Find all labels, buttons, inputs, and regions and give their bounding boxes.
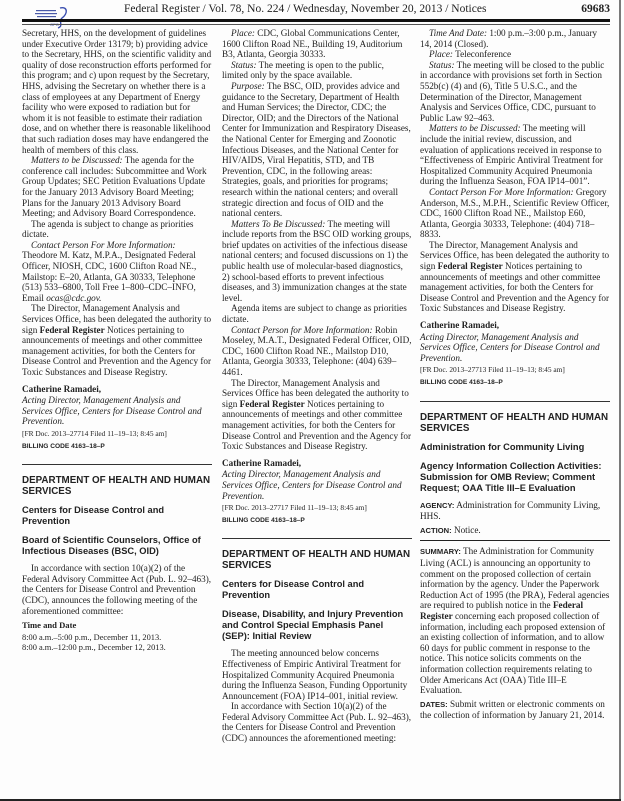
contact-paragraph: Contact Person for More Information: Rob…	[222, 325, 412, 378]
time-date-line-2: 8:00 a.m.–12:00 p.m., December 12, 2013.	[22, 643, 212, 653]
delegation-paragraph: The Director, Management Analysis and Se…	[420, 240, 610, 314]
subject-heading: Disease, Disability, and Injury Preventi…	[222, 609, 412, 642]
matters-paragraph: Matters To Be Discussed: The meeting wil…	[222, 219, 412, 304]
signer-title: Acting Director, Management Analysis and…	[420, 332, 610, 364]
signer-title: Acting Director, Management Analysis and…	[222, 469, 412, 501]
time-date-line-1: 8:00 a.m.–5:00 p.m., December 11, 2013.	[22, 633, 212, 643]
billing-code: BILLING CODE 4163–18–P	[222, 516, 412, 527]
page-header: Federal Register / Vol. 78, No. 224 / We…	[96, 3, 610, 17]
subject-heading: Board of Scientific Counselors, Office o…	[22, 535, 212, 557]
page-number: 69683	[581, 3, 610, 15]
department-heading: DEPARTMENT OF HEALTH AND HUMAN SERVICES	[222, 549, 412, 571]
signer-title: Acting Director, Management Analysis and…	[22, 395, 212, 427]
signer-name: Catherine Ramadei,	[222, 458, 412, 469]
column-3: Time And Date: 1:00 p.m.–3:00 p.m., Janu…	[420, 28, 610, 721]
time-date-paragraph: Time And Date: 1:00 p.m.–3:00 p.m., Janu…	[420, 28, 610, 49]
contact-paragraph: Contact Person For More Information: Gre…	[420, 187, 610, 240]
agency-line: AGENCY: Administration for Community Liv…	[420, 500, 610, 522]
status-paragraph: Status: The meeting will be closed to th…	[420, 60, 610, 124]
contact-paragraph: Contact Person For More Information: The…	[22, 240, 212, 304]
matters-paragraph: Matters to be Discussed: The agenda for …	[22, 155, 212, 219]
agenda-note: Agenda items are subject to change as pr…	[222, 303, 412, 324]
agency-heading: Centers for Disease Control and Preventi…	[222, 579, 412, 601]
fr-doc-number: [FR Doc. 2013–27717 Filed 11–19–13; 8:45…	[222, 503, 412, 514]
purpose-paragraph: Purpose: The BSC, OID, provides advice a…	[222, 81, 412, 219]
action-line: ACTION: Notice.	[420, 525, 610, 537]
delegation-paragraph: The Director, Management Analysis and Se…	[22, 303, 212, 377]
department-heading: DEPARTMENT OF HEALTH AND HUMAN SERVICES	[22, 475, 212, 497]
billing-code: BILLING CODE 4163–18–P	[22, 442, 212, 453]
column-1: Secretary, HHS, on the development of gu…	[22, 28, 212, 653]
summary-paragraph: SUMMARY: The Administration for Communit…	[420, 546, 610, 695]
delegation-paragraph: The Director, Management Analysis and Se…	[222, 378, 412, 452]
gpo-authenticated-logo-icon: GPO	[34, 6, 74, 30]
agenda-note: The agenda is subject to change as prior…	[22, 219, 212, 240]
paragraph: In accordance with Section 10(a)(2) of t…	[222, 701, 412, 743]
dates-paragraph: DATES: Submit written or electronic comm…	[420, 699, 610, 721]
header-rule-thin	[22, 24, 610, 25]
paragraph: The meeting announced below concerns Eff…	[222, 648, 412, 701]
signer-name: Catherine Ramadei,	[22, 384, 212, 395]
contact-email-link[interactable]: ocas@cdc.gov.	[46, 293, 101, 303]
header-rule-thick	[22, 19, 610, 22]
fr-doc-number: [FR Doc. 2013–27713 Filed 11–19–13; 8:45…	[420, 365, 610, 376]
agency-heading: Administration for Community Living	[420, 442, 610, 453]
intro-paragraph: In accordance with section 10(a)(2) of t…	[22, 563, 212, 616]
page-border-right	[619, 0, 621, 801]
time-date-heading: Time and Date	[22, 620, 212, 631]
section-divider	[22, 464, 212, 465]
section-divider	[420, 401, 610, 402]
place-paragraph: Place: Teleconference	[420, 49, 610, 60]
place-paragraph: Place: CDC, Global Communications Center…	[222, 28, 412, 60]
matters-label: Matters to be Discussed:	[31, 155, 123, 165]
matters-paragraph: Matters to be Discussed: The meeting wil…	[420, 123, 610, 187]
action-divider	[420, 540, 610, 541]
fr-doc-number: [FR Doc. 2013–27714 Filed 11–19–13; 8:45…	[22, 429, 212, 440]
contact-label: Contact Person For More Information:	[31, 240, 176, 250]
section-divider	[222, 538, 412, 539]
billing-code: BILLING CODE 4163–18–P	[420, 378, 610, 389]
column-2: Place: CDC, Global Communications Center…	[222, 28, 412, 744]
status-paragraph: Status: The meeting is open to the publi…	[222, 60, 412, 81]
subject-heading: Agency Information Collection Activities…	[420, 461, 610, 494]
running-title: Federal Register / Vol. 78, No. 224 / We…	[124, 3, 486, 15]
signer-name: Catherine Ramadei,	[420, 320, 610, 331]
agency-heading: Centers for Disease Control and Preventi…	[22, 505, 212, 527]
department-heading: DEPARTMENT OF HEALTH AND HUMAN SERVICES	[420, 412, 610, 434]
paragraph: Secretary, HHS, on the development of gu…	[22, 28, 212, 155]
